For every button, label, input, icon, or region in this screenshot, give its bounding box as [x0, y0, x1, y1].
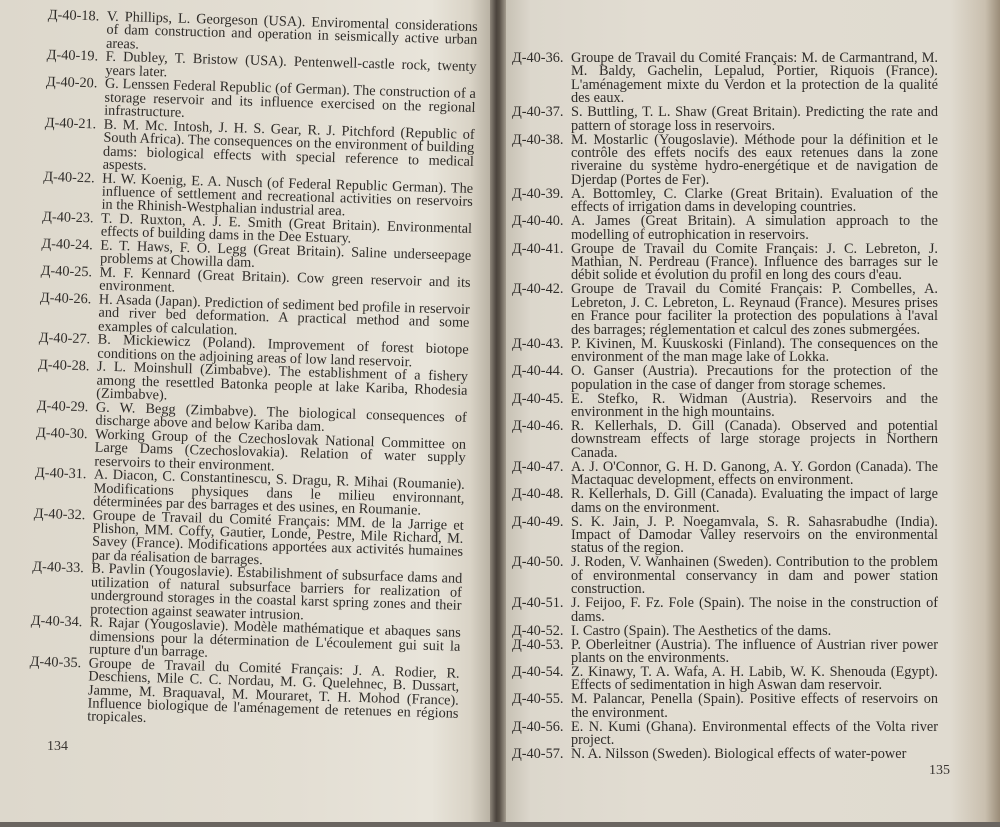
- left-page: Д-40-18.V. Phillips, L. Georgeson (USA).…: [0, 0, 490, 822]
- entry-text: Z. Kinawy, T. A. Wafa, A. H. Labib, W. K…: [568, 666, 938, 693]
- entry-code: Д-40-46.: [512, 420, 568, 460]
- list-item: Д-40-44.O. Ganser (Austria). Precautions…: [512, 365, 938, 392]
- entry-text: A. James (Great Britain). A simulation a…: [568, 215, 938, 242]
- entry-text: O. Ganser (Austria). Precautions for the…: [568, 365, 938, 392]
- list-item: Д-40-43.P. Kivinen, M. Kuuskoski (Finlan…: [512, 338, 938, 365]
- entry-code: Д-40-34.: [30, 615, 87, 657]
- list-item: Д-40-56.E. N. Kumi (Ghana). Environmenta…: [512, 721, 938, 748]
- entry-code: Д-40-35.: [28, 655, 86, 724]
- list-item: Д-40-54.Z. Kinawy, T. A. Wafa, A. H. Lab…: [512, 666, 938, 693]
- entry-text: I. Castro (Spain). The Aesthetics of the…: [568, 625, 938, 638]
- list-item: Д-40-41.Groupe de Travail du Comite Fran…: [512, 243, 938, 283]
- list-item: Д-40-53.P. Oberleitner (Austria). The in…: [512, 639, 938, 666]
- entry-code: Д-40-45.: [512, 393, 568, 420]
- entry-code: Д-40-52.: [512, 625, 568, 638]
- list-item: Д-40-47.A. J. O'Connor, G. H. D. Ganong,…: [512, 461, 938, 488]
- entry-text: Groupe de Travail du Comité Français: M.…: [568, 52, 938, 106]
- entry-code: Д-40-23.: [42, 211, 99, 239]
- entry-code: Д-40-38.: [512, 134, 568, 188]
- list-item: Д-40-46.R. Kellerhals, D. Gill (Canada).…: [512, 420, 938, 460]
- entry-text: R. Kellerhals, D. Gill (Canada). Observe…: [568, 420, 938, 460]
- entry-text: Groupe de Travail du Comité Français: P.…: [568, 283, 938, 337]
- entry-code: Д-40-29.: [36, 400, 93, 428]
- entry-code: Д-40-57.: [512, 748, 568, 761]
- entry-code: Д-40-55.: [512, 693, 568, 720]
- list-item: Д-40-52.I. Castro (Spain). The Aesthetic…: [512, 625, 938, 638]
- right-page: Д-40-36.Groupe de Travail du Comité Fran…: [506, 0, 1000, 822]
- list-item: Д-40-35.Groupe de Travail du Comité Fran…: [28, 655, 460, 734]
- entry-code: Д-40-51.: [512, 597, 568, 624]
- entry-text: P. Oberleitner (Austria). The influence …: [568, 639, 938, 666]
- entry-code: Д-40-36.: [512, 52, 568, 106]
- entry-code: Д-40-32.: [33, 507, 90, 562]
- page-number: 134: [47, 739, 68, 755]
- list-item: Д-40-57.N. A. Nilsson (Sweden). Biologic…: [512, 748, 938, 761]
- entry-text: J. Roden, V. Wanhainen (Sweden). Contrib…: [568, 556, 938, 596]
- entry-code: Д-40-25.: [40, 265, 97, 293]
- entry-text: E. N. Kumi (Ghana). Environmental effect…: [568, 721, 938, 748]
- entry-code: Д-40-19.: [46, 49, 103, 77]
- entry-code: Д-40-40.: [512, 215, 568, 242]
- right-entry-list: Д-40-36.Groupe de Travail du Comité Fran…: [512, 52, 938, 762]
- entry-text: S. Buttling, T. L. Shaw (Great Britain).…: [568, 106, 938, 133]
- entry-code: Д-40-31.: [34, 467, 91, 509]
- entry-code: Д-40-56.: [512, 721, 568, 748]
- entry-code: Д-40-53.: [512, 639, 568, 666]
- entry-code: Д-40-54.: [512, 666, 568, 693]
- entry-text: A. Bottomley, C. Clarke (Great Britain).…: [568, 188, 938, 215]
- list-item: Д-40-42.Groupe de Travail du Comité Fran…: [512, 283, 938, 337]
- list-item: Д-40-37.S. Buttling, T. L. Shaw (Great B…: [512, 106, 938, 133]
- list-item: Д-40-40.A. James (Great Britain). A simu…: [512, 215, 938, 242]
- left-entry-list: Д-40-18.V. Phillips, L. Georgeson (USA).…: [28, 9, 478, 735]
- entry-code: Д-40-44.: [512, 365, 568, 392]
- list-item: Д-40-39.A. Bottomley, C. Clarke (Great B…: [512, 188, 938, 215]
- entry-code: Д-40-41.: [512, 243, 568, 283]
- entry-text: S. K. Jain, J. P. Noegamvala, S. R. Saha…: [568, 516, 938, 556]
- list-item: Д-40-45.E. Stefko, R. Widman (Austria). …: [512, 393, 938, 420]
- entry-code: Д-40-22.: [42, 171, 99, 213]
- entry-text: J. Feijoo, F. Fz. Fole (Spain). The nois…: [568, 597, 938, 624]
- entry-code: Д-40-37.: [512, 106, 568, 133]
- entry-code: Д-40-24.: [41, 238, 98, 266]
- entry-text: R. Kellerhals, D. Gill (Canada). Evaluat…: [568, 488, 938, 515]
- list-item: Д-40-51.J. Feijoo, F. Fz. Fole (Spain). …: [512, 597, 938, 624]
- entry-code: Д-40-28.: [37, 359, 94, 401]
- entry-text: M. Palancar, Penella (Spain). Positive e…: [568, 693, 938, 720]
- entry-code: Д-40-27.: [38, 332, 95, 360]
- entry-code: Д-40-50.: [512, 556, 568, 596]
- entry-text: Groupe de Travail du Comite Français: J.…: [568, 243, 938, 283]
- entry-text: Groupe de Travail du Comité Français: J.…: [84, 657, 460, 734]
- list-item: Д-40-36.Groupe de Travail du Comité Fran…: [512, 52, 938, 106]
- entry-code: Д-40-39.: [512, 188, 568, 215]
- entry-code: Д-40-21.: [43, 117, 100, 172]
- entry-text: N. A. Nilsson (Sweden). Biological effec…: [568, 748, 938, 761]
- entry-code: Д-40-42.: [512, 283, 568, 337]
- book-spread: Д-40-18.V. Phillips, L. Georgeson (USA).…: [0, 0, 1000, 822]
- entry-code: Д-40-48.: [512, 488, 568, 515]
- entry-code: Д-40-26.: [39, 292, 96, 334]
- list-item: Д-40-50.J. Roden, V. Wanhainen (Sweden).…: [512, 556, 938, 596]
- entry-text: M. Mostarlic (Yougoslavie). Méthode pour…: [568, 134, 938, 188]
- entry-code: Д-40-49.: [512, 516, 568, 556]
- entry-text: P. Kivinen, M. Kuuskoski (Finland). The …: [568, 338, 938, 365]
- page-number: 135: [929, 763, 950, 779]
- entry-text: A. J. O'Connor, G. H. D. Ganong, A. Y. G…: [568, 461, 938, 488]
- list-item: Д-40-49.S. K. Jain, J. P. Noegamvala, S.…: [512, 516, 938, 556]
- list-item: Д-40-55.M. Palancar, Penella (Spain). Po…: [512, 693, 938, 720]
- entry-code: Д-40-43.: [512, 338, 568, 365]
- book-gutter: [490, 0, 506, 822]
- entry-code: Д-40-20.: [45, 76, 102, 118]
- entry-code: Д-40-30.: [35, 427, 92, 469]
- entry-code: Д-40-47.: [512, 461, 568, 488]
- entry-code: Д-40-33.: [31, 561, 88, 616]
- list-item: Д-40-48.R. Kellerhals, D. Gill (Canada).…: [512, 488, 938, 515]
- entry-text: E. Stefko, R. Widman (Austria). Reservoi…: [568, 393, 938, 420]
- list-item: Д-40-38.M. Mostarlic (Yougoslavie). Méth…: [512, 134, 938, 188]
- entry-code: Д-40-18.: [47, 9, 104, 51]
